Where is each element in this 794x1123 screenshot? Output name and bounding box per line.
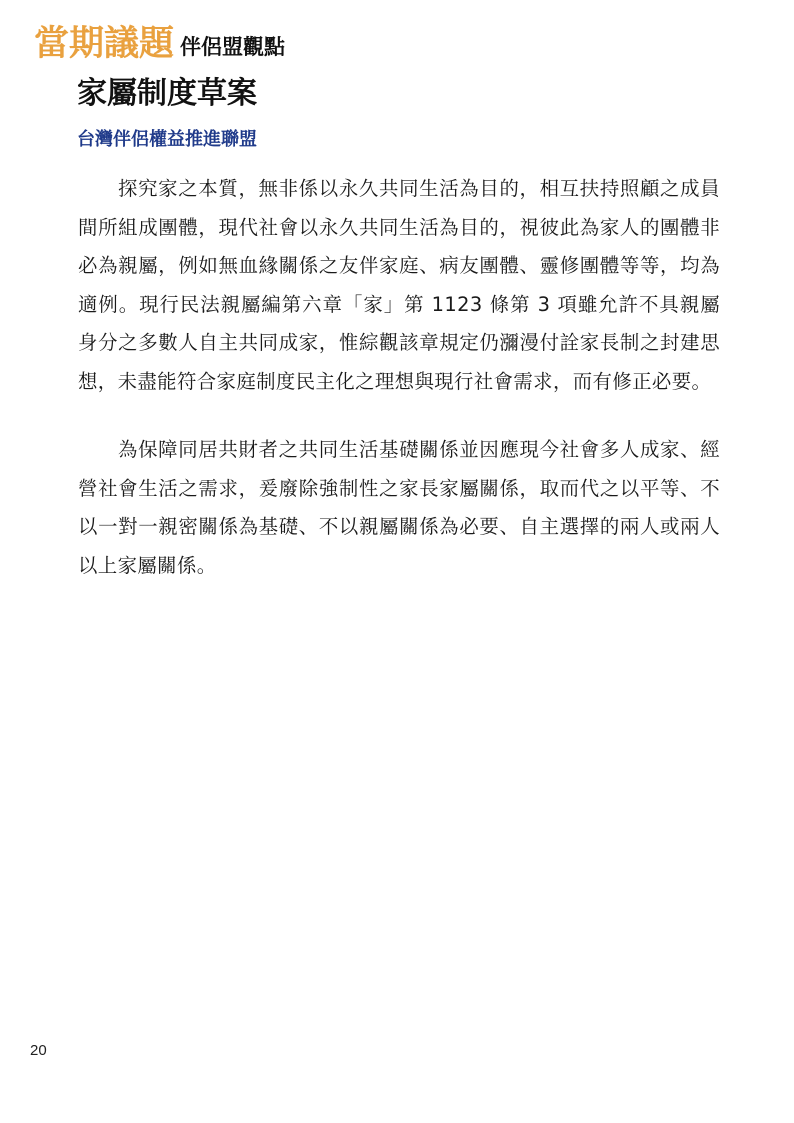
page-number: 20 — [30, 1042, 47, 1059]
article-body: 探究家之本質，無非係以永久共同生活為目的，相互扶持照顧之成員間所組成團體，現代社… — [78, 170, 720, 585]
section-label: 當期議題 — [34, 24, 174, 64]
paragraph-2: 為保障同居共財者之共同生活基礎關係並因應現今社會多人成家、經營社會生活之需求，爰… — [78, 431, 720, 585]
article-author: 台灣伴侶權益推進聯盟 — [77, 127, 257, 153]
section-header: 當期議題 伴侶盟觀點 — [34, 24, 285, 64]
article-title: 家屬制度草案 — [77, 75, 257, 113]
section-subtitle: 伴侶盟觀點 — [180, 33, 285, 61]
paragraph-1: 探究家之本質，無非係以永久共同生活為目的，相互扶持照顧之成員間所組成團體，現代社… — [78, 170, 720, 401]
